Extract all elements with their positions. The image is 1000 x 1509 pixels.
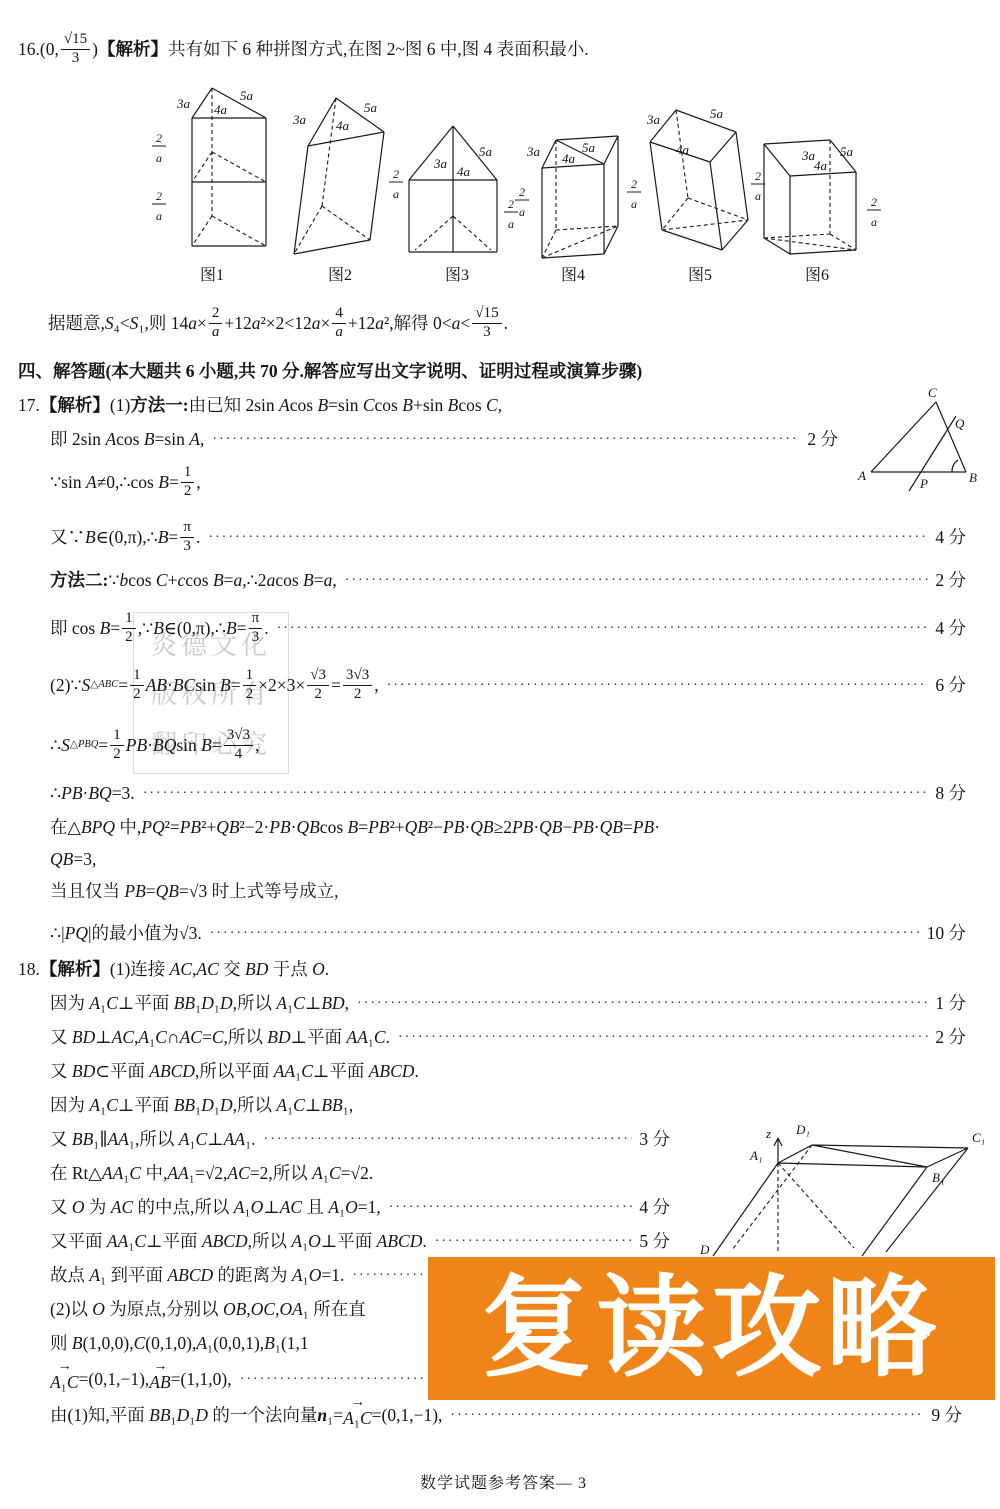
fraction-numerator: √3 (307, 667, 329, 685)
fraction: 4a (332, 305, 346, 341)
math-text: 即 2sin Acos B=sin A, (50, 430, 204, 448)
text-line: ∴PB·BQ=3.·······························… (50, 778, 966, 808)
fraction-denominator: 2 (130, 686, 144, 703)
math-text: . (264, 619, 268, 637)
bold-text: 方法二: (50, 571, 108, 589)
math-text: , (374, 676, 378, 694)
math-text: 又 BD⊥AC,A₁C∩AC=C,所以 BD⊥平面 AA₁C. (50, 1028, 390, 1046)
math-text: = (118, 676, 128, 694)
math-text: ∴|PQ|的最小值为√3. (50, 924, 202, 942)
edge-label-2-over-a: 2 a (152, 189, 166, 223)
fraction: 12 (130, 667, 144, 703)
fraction-numerator: 4 (332, 305, 346, 323)
text-line: 当且仅当 PB=QB=√3 时上式等号成立, (50, 876, 650, 906)
fraction-denominator: 2 (122, 629, 136, 646)
fraction: π3 (249, 610, 263, 646)
edge-label-5a: 5a (582, 140, 596, 155)
vector: A₁C (343, 1409, 372, 1427)
dotted-leader: ········································… (277, 622, 929, 637)
math-text: 因为 A₁C⊥平面 BB₁D₁D,所以 A₁C⊥BD, (50, 994, 349, 1012)
math-text: 又平面 AA₁C⊥平面 ABCD,所以 A₁O⊥平面 ABCD. (50, 1232, 427, 1250)
text-line: 四、解答题(本大题共 6 小题,共 70 分.解答应写出文字说明、证明过程或演算… (18, 356, 978, 386)
dotted-leader: ········································… (143, 787, 929, 802)
bold-text: 【解析】 (40, 396, 110, 414)
math-text: ∴PB·BQ=3. (50, 784, 135, 802)
triangle-lines (871, 402, 966, 491)
score-label: 5 分 (639, 1232, 670, 1250)
vector: AB (149, 1373, 170, 1391)
fraction-numerator: √15 (61, 31, 90, 49)
fraction-denominator: 2 (243, 686, 257, 703)
fraction: π3 (180, 519, 194, 555)
edge-label-3a: 3a (176, 96, 191, 111)
score-label: 9 分 (931, 1406, 962, 1424)
text-line: A₁C=(0,1,−1),AB=(1,1,0),················… (50, 1360, 432, 1398)
svg-text:a: a (519, 205, 525, 219)
fraction: 12 (110, 727, 124, 763)
edge-label-5a: 5a (240, 88, 254, 103)
fraction-numerator: π (180, 519, 194, 537)
math-text: PB·BQsin B= (126, 736, 222, 754)
math-text: , (196, 473, 200, 491)
math-text: (1)连接 AC,AC 交 BD 于点 O. (110, 960, 329, 978)
figure-caption: 图1 (182, 262, 242, 285)
math-text: (1) (110, 396, 130, 414)
fraction-denominator: 4 (232, 746, 246, 763)
text-line: 又平面 AA₁C⊥平面 ABCD,所以 A₁O⊥平面 ABCD.········… (50, 1226, 670, 1256)
fraction-denominator: 3 (180, 538, 194, 555)
math-text: 当且仅当 PB=QB=√3 时上式等号成立, (50, 882, 338, 900)
figure-caption: 图3 (427, 262, 487, 285)
vertex-label-A: A (857, 468, 866, 483)
edge-label-3a: 3a (292, 112, 307, 127)
bold-text: 方法一: (130, 396, 188, 414)
svg-text:a: a (156, 151, 162, 165)
math-text: 故点 A₁ 到平面 ABCD 的距离为 A₁O=1. (50, 1266, 344, 1284)
bold-text: 四、解答题(本大题共 6 小题,共 70 分.解答应写出文字说明、证明过程或演算… (18, 362, 642, 380)
score-label: 4 分 (639, 1198, 670, 1216)
svg-text:2: 2 (871, 195, 877, 209)
fraction-denominator: 3 (480, 324, 494, 341)
math-text: 在 Rt△AA₁C 中,AA₁=√2,AC=2,所以 A₁C=√2. (50, 1164, 373, 1182)
edge-label-2-over-a: 2 a (867, 195, 881, 229)
vertex-label-C1: C₁ (972, 1130, 985, 1145)
fraction-numerator: π (249, 610, 263, 628)
score-label: 2 分 (935, 1028, 966, 1046)
edge-label-4a: 4a (676, 142, 690, 157)
fraction: 2a (209, 305, 223, 341)
prism-figure-4: 3a 5a 4a 2 a 2 a (512, 112, 642, 260)
math-text: 又 BD⊂平面 ABCD,所以平面 AA₁C⊥平面 ABCD. (50, 1062, 419, 1080)
score-label: 4 分 (935, 619, 966, 637)
math-text: =(1,1,0), (171, 1370, 232, 1388)
text-line: 又 O 为 AC 的中点,所以 A₁O⊥AC 且 A₁O=1,·········… (50, 1192, 670, 1222)
bold-text: 【解析】 (98, 40, 168, 58)
vertex-label-B: B (969, 470, 977, 485)
vertex-label-A1: A₁ (749, 1148, 762, 1163)
edge-label-3a: 3a (646, 112, 661, 127)
dotted-leader: ········································… (345, 574, 929, 589)
edge-label-5a: 5a (710, 106, 724, 121)
svg-text:2: 2 (156, 189, 162, 203)
fraction-numerator: 1 (243, 667, 257, 685)
prism-figure-6: 3a 5a 4a 2 a (752, 120, 890, 258)
promo-banner-text: 复读攻略 (482, 1274, 942, 1384)
fraction: 12 (243, 667, 257, 703)
fraction-numerator: 1 (181, 464, 195, 482)
text-line: 方法二:∵bcos C+ccos B=a,∴2acos B=a,········… (50, 564, 966, 596)
fraction-numerator: 1 (130, 667, 144, 685)
point-label-P: P (919, 476, 928, 491)
fraction: 3√32 (343, 667, 372, 703)
text-line: 16.(0,√153) 【解析】共有如下 6 种拼图方式,在图 2~图 6 中,… (18, 20, 968, 78)
dotted-leader: ········································… (208, 531, 928, 546)
fraction-denominator: 3 (249, 629, 263, 646)
fraction-numerator: 2 (209, 305, 223, 323)
fraction-denominator: 2 (110, 746, 124, 763)
fraction: √153 (472, 305, 501, 341)
dotted-leader: ········································… (357, 997, 928, 1012)
math-text: 17. (18, 396, 40, 414)
fraction: 3√34 (224, 727, 253, 763)
fraction: 12 (122, 610, 136, 646)
score-label: 4 分 (935, 528, 966, 546)
edge-label-5a: 5a (840, 144, 854, 159)
score-label: 10 分 (927, 924, 966, 942)
vertex-label-B1: B₁ (932, 1170, 944, 1185)
edge-label-3a: 3a (526, 144, 541, 159)
text-line: 又∵B∈(0,π),∴B=π3.························… (50, 510, 966, 564)
math-text: AB·BCsin B= (146, 676, 241, 694)
dotted-leader: ········································… (398, 1031, 928, 1046)
math-text: ×2×3× (258, 676, 305, 694)
text-line: ∴|PQ|的最小值为√3.···························… (50, 918, 966, 948)
math-text: ∴S (50, 736, 70, 754)
fraction-denominator: 3 (69, 50, 83, 67)
edge-label-4a: 4a (336, 118, 350, 133)
text-line: 又 BD⊥AC,A₁C∩AC=C,所以 BD⊥平面 AA₁C.·········… (50, 1022, 966, 1052)
svg-text:2: 2 (156, 131, 162, 145)
math-text: +12a²×2<12a× (224, 314, 330, 332)
math-text: 由已知 2sin Acos B=sin Ccos B+sin Bcos C, (189, 396, 502, 414)
svg-text:2: 2 (519, 185, 525, 199)
figure-caption: 图5 (670, 262, 730, 285)
text-line: 在 Rt△AA₁C 中,AA₁=√2,AC=2,所以 A₁C=√2. (50, 1158, 670, 1188)
fraction-denominator: 2 (181, 483, 195, 500)
text-line: QB=3, (50, 844, 650, 874)
vertex-label-D: D (699, 1242, 710, 1257)
fraction-numerator: 1 (110, 727, 124, 745)
edge-label-2-over-a: 2 a (152, 131, 166, 165)
math-text: 由(1)知,平面 BB₁D₁D 的一个法向量 (50, 1406, 317, 1424)
fraction-numerator: 3√3 (224, 727, 253, 745)
score-label: 1 分 (935, 994, 966, 1012)
score-label: 2 分 (807, 430, 838, 448)
fraction-denominator: 2 (311, 686, 325, 703)
text-line: 据题意,S₄<S₁,则 14a×2a+12a²×2<12a×4a+12a²,解得… (48, 294, 948, 352)
math-text: , (255, 736, 259, 754)
text-line: ∴S△PBQ=12PB·BQsin B=3√34, (50, 716, 650, 774)
dotted-leader: ········································… (212, 433, 800, 448)
fraction: 12 (181, 464, 195, 500)
svg-text:a: a (156, 209, 162, 223)
text-line: 在△BPQ 中,PQ²=PB²+QB²−2·PB·QBcos B=PB²+QB²… (50, 812, 976, 842)
edge-label-2-over-a: 2 a (515, 185, 529, 219)
exam-answer-page: 炎德文化 版权所有 翻印必究 16.(0,√153) 【解析】共有如下 6 种拼… (0, 0, 1000, 1509)
text-line: ∵sin A≠0,∴cos B=12, (50, 456, 550, 508)
math-text: 16.(0, (18, 40, 59, 58)
promo-banner: 复读攻略 (428, 1257, 995, 1400)
prism-figure-2: 3a 5a 4a 2 a (278, 92, 408, 260)
text-line: 即 cos B=12,∵B∈(0,π),∴B=π3.··············… (50, 600, 966, 656)
subscript: △PBQ (70, 739, 99, 750)
text-line: 则 B(1,0,0),C(0,1,0),A₁(0,0,1),B₁(1,1 (50, 1328, 428, 1358)
fraction-denominator: a (209, 324, 223, 341)
math-text: 共有如下 6 种拼图方式,在图 2~图 6 中,图 4 表面积最小. (168, 40, 589, 58)
fraction: √32 (307, 667, 329, 703)
edge-label-4a: 4a (214, 102, 228, 117)
text-line: 因为 A₁C⊥平面 BB₁D₁D,所以 A₁C⊥BD,·············… (50, 988, 966, 1018)
dotted-leader: ········································… (387, 679, 929, 694)
fraction-denominator: a (332, 324, 346, 341)
vertex-label-C: C (928, 385, 937, 400)
text-line: 即 2sin Acos B=sin A,····················… (50, 424, 838, 454)
bold-text: n (317, 1406, 327, 1424)
fraction-numerator: 1 (122, 610, 136, 628)
figure-caption: 图6 (787, 262, 847, 285)
math-text: 因为 A₁C⊥平面 BB₁D₁D,所以 A₁C⊥BB₁, (50, 1096, 353, 1114)
math-text: +12a²,解得 0<a< (348, 314, 470, 332)
math-text: 在△BPQ 中,PQ²=PB²+QB²−2·PB·QBcos B=PB²+QB²… (50, 818, 660, 836)
vector: A₁C (50, 1373, 79, 1391)
dotted-leader: ········································… (352, 1269, 425, 1284)
prism-figure-5: 3a 5a 4a 2 a (636, 100, 768, 258)
axis-label-z: z (765, 1126, 771, 1141)
math-text: =(0,1,−1), (79, 1370, 150, 1388)
text-line: 17.【解析】(1)方法一:由已知 2sin Acos B=sin Ccos B… (18, 390, 858, 420)
parallelepiped-diagram: z D₁ C₁ A₁ B₁ D (692, 1108, 998, 1260)
prism-figure-1: 3a 5a 4a 2 a 2 a (150, 82, 280, 258)
text-line: (2)∵S△ABC=12AB·BCsin B=12×2×3×√32=3√32,·… (50, 656, 966, 714)
edge-label-3a: 3a (433, 156, 448, 171)
math-text: . (196, 528, 200, 546)
dotted-leader: ········································… (435, 1235, 633, 1250)
fraction-denominator: 2 (351, 686, 365, 703)
prism-figure-3: 3a 5a 4a 2 a (395, 118, 525, 260)
math-text: ∵sin A≠0,∴cos B= (50, 473, 179, 491)
prism-lines (650, 110, 748, 250)
math-text: = (331, 676, 341, 694)
text-line: 由(1)知,平面 BB₁D₁D 的一个法向量 n₁=A₁C=(0,1,−1),·… (50, 1396, 962, 1434)
text-line: 故点 A₁ 到平面 ABCD 的距离为 A₁O=1.··············… (50, 1260, 432, 1290)
text-line: 又 BD⊂平面 ABCD,所以平面 AA₁C⊥平面 ABCD. (50, 1056, 750, 1086)
triangle-diagram: A B C P Q (856, 384, 998, 504)
dotted-leader: ········································… (240, 1373, 425, 1388)
score-label: 3 分 (639, 1130, 670, 1148)
math-text: 又 BB₁∥AA₁,所以 A₁C⊥AA₁. (50, 1130, 256, 1148)
prism-lines (542, 136, 618, 258)
score-label: 2 分 (935, 571, 966, 589)
math-text: ₁= (327, 1406, 343, 1424)
math-text: 即 cos B= (50, 619, 120, 637)
math-text: . (504, 314, 508, 332)
fraction: √153 (61, 31, 90, 67)
dotted-leader: ········································… (389, 1201, 633, 1216)
svg-text:a: a (871, 215, 877, 229)
text-line: 又 BB₁∥AA₁,所以 A₁C⊥AA₁.···················… (50, 1124, 670, 1154)
edge-label-5a: 5a (364, 100, 378, 115)
fraction-numerator: 3√3 (343, 667, 372, 685)
dotted-leader: ········································… (210, 927, 920, 942)
math-text: (2)∵S (50, 676, 90, 694)
math-text: ∵bcos C+ccos B=a,∴2acos B=a, (108, 571, 336, 589)
math-text: ,∵B∈(0,π),∴B= (138, 619, 247, 637)
fraction-numerator: √15 (472, 305, 501, 323)
prism-lines (192, 88, 266, 246)
math-text: 又 O 为 AC 的中点,所以 A₁O⊥AC 且 A₁O=1, (50, 1198, 381, 1216)
point-label-Q: Q (955, 416, 965, 431)
math-text: 18. (18, 960, 40, 978)
text-line: 18.【解析】(1)连接 AC,AC 交 BD 于点 O. (18, 954, 718, 984)
math-text: 据题意,S₄<S₁,则 14a× (48, 314, 207, 332)
math-text: =(0,1,−1), (372, 1406, 443, 1424)
bold-text: 【解析】 (40, 960, 110, 978)
math-text: (2)以 O 为原点,分别以 OB,OC,OA₁ 所在直 (50, 1300, 366, 1318)
math-text: 又∵B∈(0,π),∴B= (50, 528, 178, 546)
vertex-label-D1: D₁ (795, 1122, 810, 1137)
score-label: 8 分 (935, 784, 966, 802)
text-line: (2)以 O 为原点,分别以 OB,OC,OA₁ 所在直 (50, 1294, 428, 1324)
score-label: 6 分 (935, 676, 966, 694)
dotted-leader: ········································… (264, 1133, 633, 1148)
page-footer: 数学试题参考答案— 3 (420, 1470, 587, 1493)
figure-caption: 图4 (543, 262, 603, 285)
math-text: = (98, 736, 108, 754)
edge-label-4a: 4a (814, 158, 828, 173)
math-text: QB=3, (50, 850, 96, 868)
figure-caption: 图2 (310, 262, 370, 285)
edge-label-4a: 4a (457, 164, 471, 179)
text-line: 因为 A₁C⊥平面 BB₁D₁D,所以 A₁C⊥BB₁, (50, 1090, 750, 1120)
edge-label-5a: 5a (479, 144, 493, 159)
edge-label-4a: 4a (562, 151, 576, 166)
math-text: 则 B(1,0,0),C(0,1,0),A₁(0,0,1),B₁(1,1 (50, 1334, 309, 1352)
subscript: △ABC (90, 679, 118, 690)
dotted-leader: ········································… (450, 1409, 924, 1424)
